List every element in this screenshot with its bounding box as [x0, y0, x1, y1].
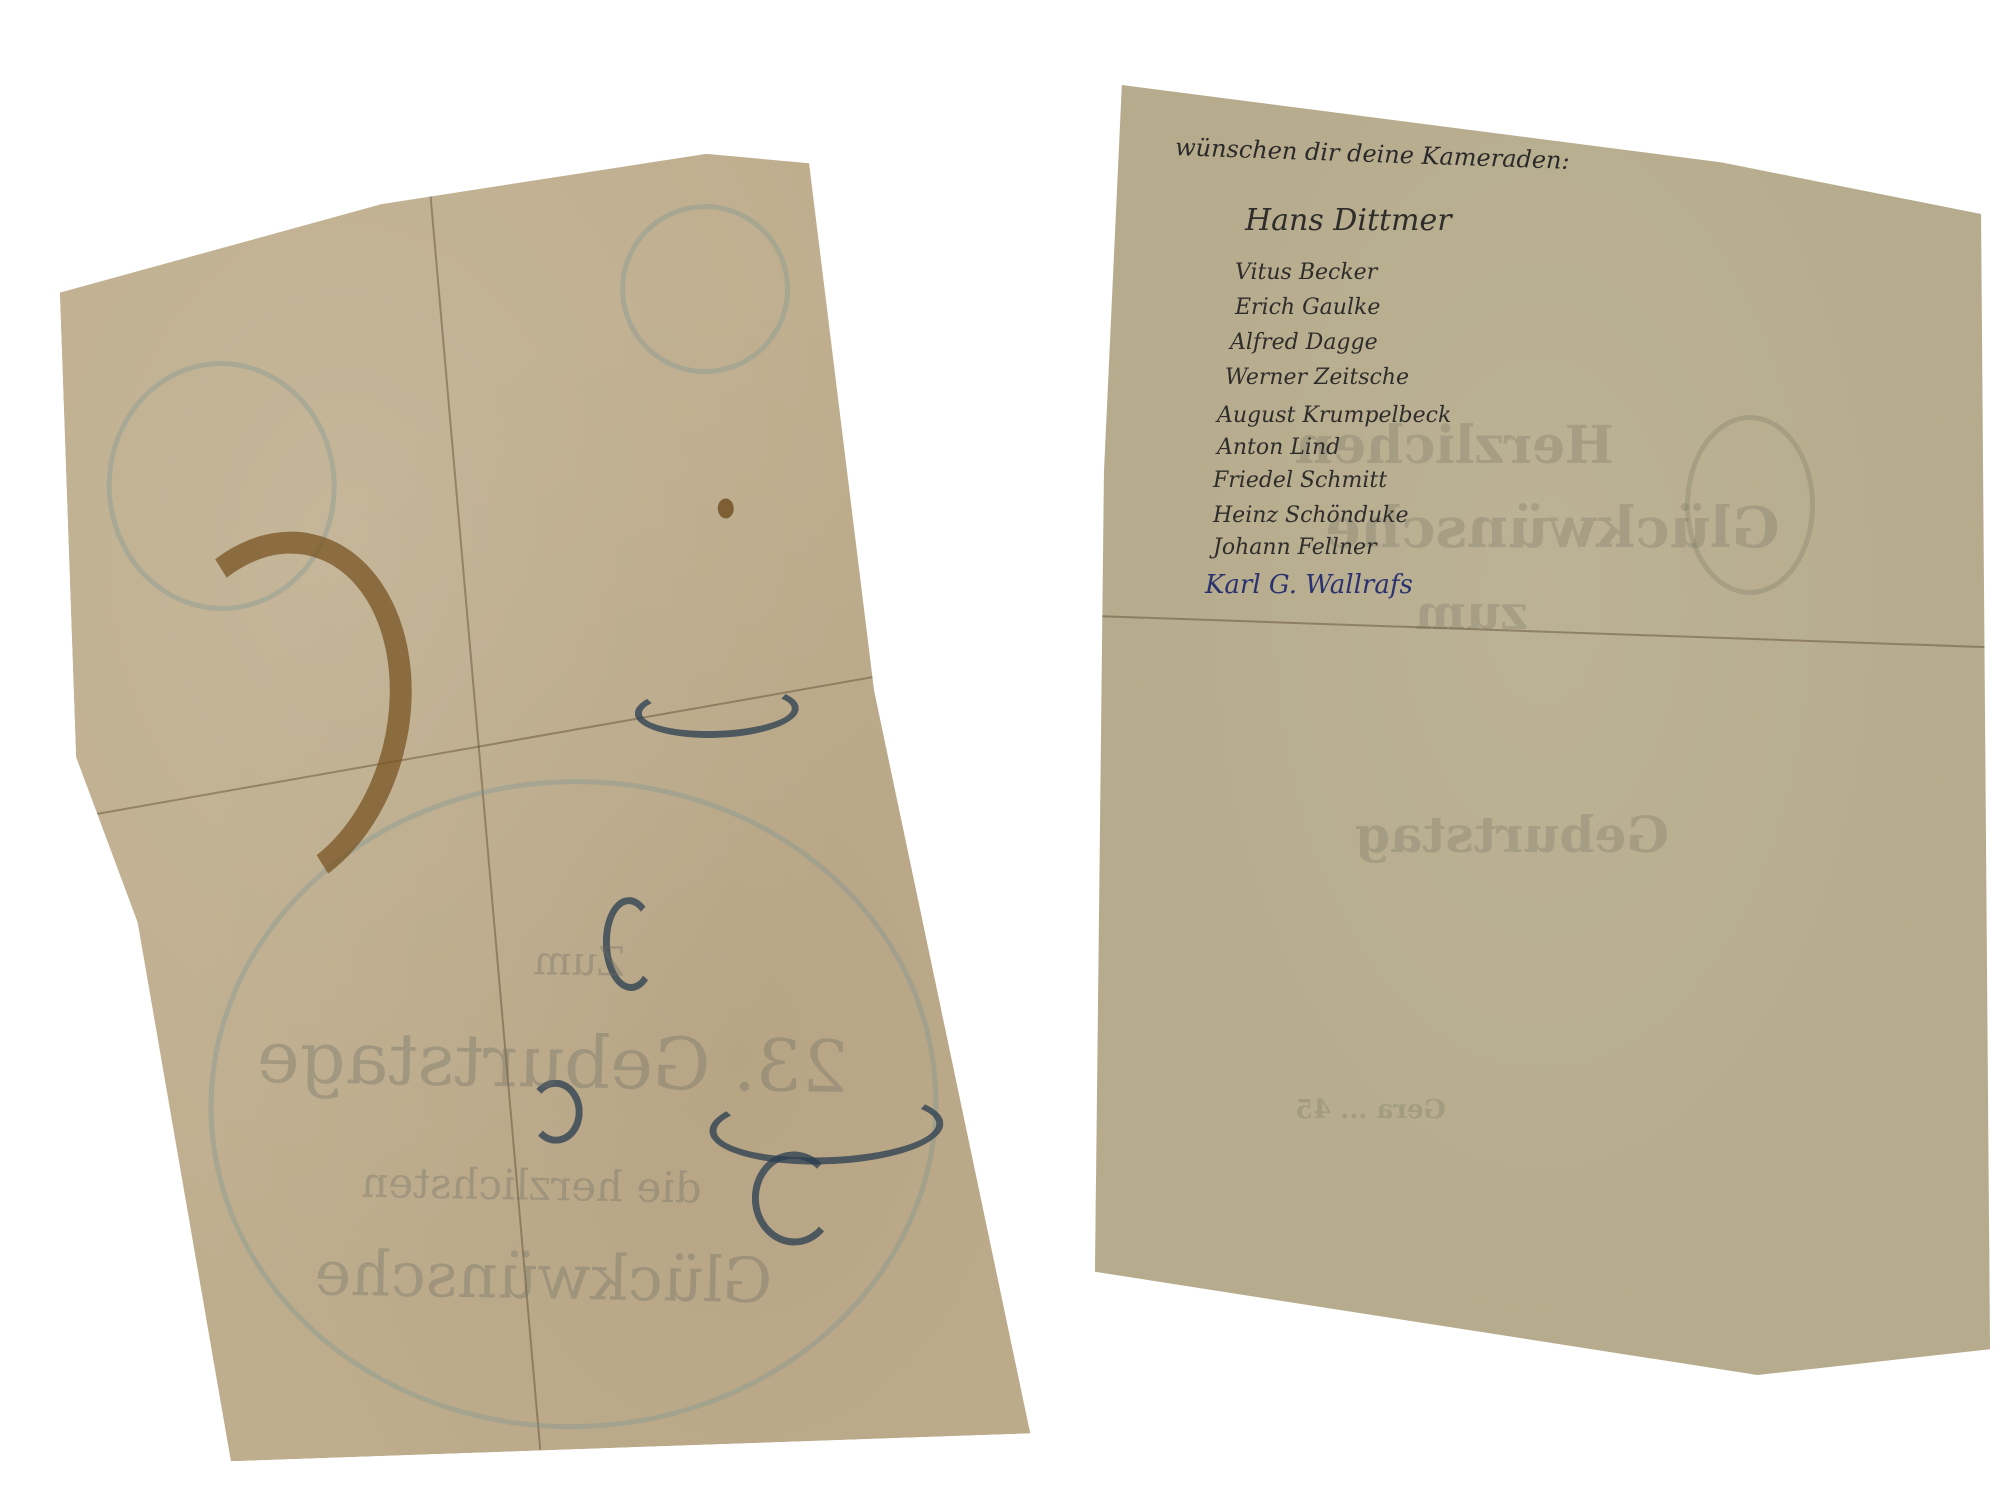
signature: August Krumpelbeck	[1217, 403, 1451, 428]
signature: Anton Lind	[1217, 435, 1340, 460]
mirrored-print-line: die herzlichsten	[361, 1158, 702, 1213]
horizontal-fold-line	[1095, 615, 1990, 648]
mirrored-print-line: 23. Geburtstage	[256, 1015, 848, 1109]
signature: Heinz Schönduke	[1213, 503, 1409, 528]
ornament-swirl-icon	[617, 201, 793, 377]
signature: Erich Gaulke	[1235, 295, 1380, 320]
signature: Johann Fellner	[1213, 535, 1377, 560]
signature: Werner Zeitsche	[1225, 365, 1409, 390]
bleed-through-print-footer: Gera ... 45	[1295, 1095, 1446, 1125]
bleed-through-print-line: Geburtstag	[1355, 805, 1669, 864]
bleed-through-print-line: zum	[1415, 585, 1528, 641]
left-document-sheet: Zum 23. Geburtstage die herzlichsten Glü…	[56, 144, 1030, 1466]
signature: Alfred Dagge	[1230, 330, 1378, 355]
signature: Hans Dittmer	[1245, 203, 1452, 238]
mirrored-print-line: Glückwünsche	[314, 1236, 773, 1317]
signature-blue-ink: Karl G. Wallrafs	[1205, 570, 1413, 600]
mirrored-print-line: Zum	[533, 938, 625, 986]
bleed-through-circle-icon	[1685, 415, 1815, 595]
signature: Friedel Schmitt	[1213, 468, 1387, 493]
stain-dot	[717, 498, 734, 519]
signature: Vitus Becker	[1235, 260, 1377, 285]
right-document-sheet: Herzlichen Glückwünsche zum Geburtstag G…	[1095, 85, 1990, 1375]
greeting-header: wünschen dir deine Kameraden:	[1175, 133, 1570, 175]
ink-flourish-icon	[634, 681, 800, 741]
